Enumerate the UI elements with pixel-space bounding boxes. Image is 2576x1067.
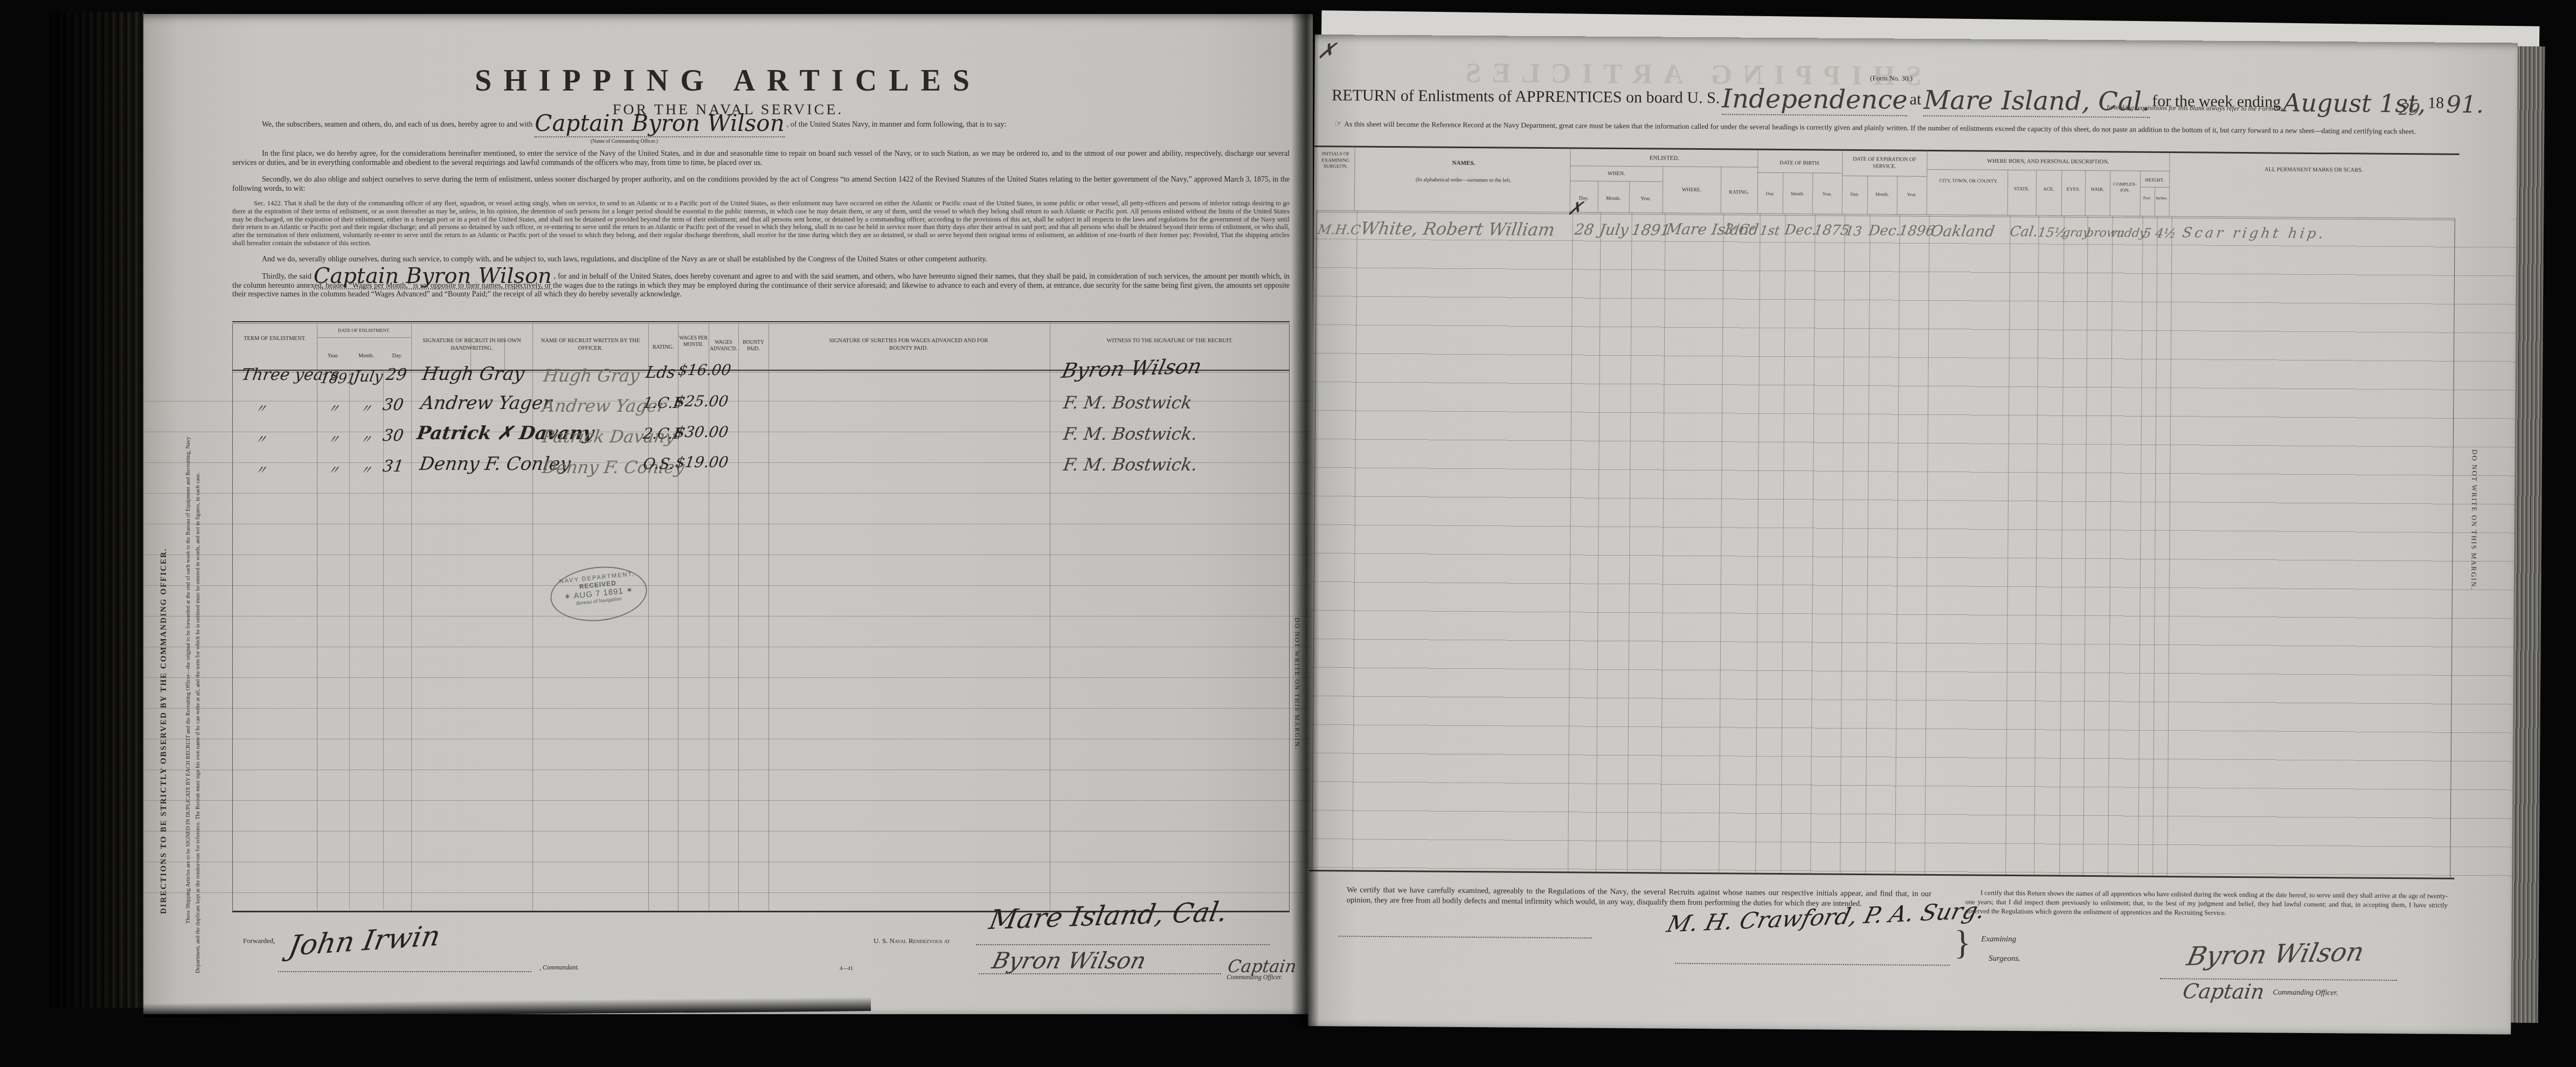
header-where: WHERE. — [1663, 187, 1721, 194]
row-height-inches: 4½ — [2154, 226, 2177, 241]
captain-dotted-line — [979, 973, 1221, 974]
row-exp-month: Dec. — [1867, 223, 1901, 239]
title-week-ending: for the week ending — [2152, 92, 2281, 111]
thirdly-pre-text: Thirdly, the said — [262, 273, 311, 281]
row-witness: F. M. Bostwick — [1062, 392, 1193, 413]
header-year: Year. — [317, 352, 349, 359]
header-marks: ALL PERMANENT MARKS OR SCARS. — [2198, 165, 2429, 175]
row-born-state: Cal. — [2009, 224, 2039, 240]
margin-directions-text1: These Shipping Articles are to be SIGNED… — [185, 924, 196, 930]
table-top-rule — [1314, 145, 2460, 155]
column-divider — [2007, 170, 2009, 216]
right-margin-notice: DO NOT WRITE ON THIS MARGIN. — [2479, 449, 2576, 459]
captain-rank-script: Captain — [2181, 979, 2266, 1003]
intro-pre-text: We, the subscribers, seamen and others, … — [262, 121, 532, 129]
enlisted-underline — [1570, 165, 1758, 167]
header-when: WHEN. — [1570, 170, 1663, 177]
row-witness: F. M. Bostwick. — [1062, 454, 1199, 475]
examining-label: Examining — [1981, 935, 2016, 944]
row-enlisted-month: July — [1598, 221, 1630, 239]
row-enlisted-day: 28 — [1573, 220, 1595, 238]
brace-glyph: } — [1954, 923, 1971, 962]
header-expiration: DATE OF EXPIRATION OF SERVICE. — [1842, 156, 1927, 170]
row-born-city: Oakland — [1929, 222, 1996, 240]
pointing-hand-icon: ☞ — [1335, 119, 1342, 128]
header-enlisted: ENLISTED. — [1570, 154, 1758, 163]
row-witness: F. M. Bostwick. — [1062, 424, 1199, 444]
header-witness: WITNESS TO THE SIGNATURE OF THE RECRUIT. — [1088, 337, 1252, 345]
header-feet: Feet. — [2140, 196, 2155, 201]
week-date-script: August 1st, — [2283, 88, 2426, 119]
row-day: 31 — [382, 457, 405, 476]
header-rating: RATING. — [1721, 189, 1757, 196]
reference-record-note-text: As this sheet will become the Reference … — [1344, 120, 2415, 135]
date-subcolumn-lines-body — [232, 371, 1290, 910]
row-rating: Lds — [645, 363, 676, 382]
forwarded-label: Forwarded, — [243, 937, 275, 945]
row-month: 〃 — [359, 431, 373, 447]
commandant-label: , Commandant. — [539, 964, 579, 972]
row-year: 1891 — [319, 371, 357, 387]
commanding-officer-caption: (Name of Commanding Officer.) — [591, 139, 658, 144]
table-column-lines — [1312, 211, 2455, 878]
row-x-mark: ✗ — [1566, 198, 1584, 219]
margin-directions-line2: Department, and the duplicate kept at th… — [195, 962, 201, 973]
margin-directions-heading: DIRECTIONS TO BE STRICTLY OBSERVED BY TH… — [160, 882, 169, 914]
column-divider — [2155, 187, 2155, 217]
photograph-of-ledger: DIRECTIONS TO BE STRICTLY OBSERVED BY TH… — [0, 0, 2576, 1067]
header-dob-day: Day. — [1757, 191, 1783, 197]
reference-record-note: ☞ As this sheet will become the Referenc… — [1335, 119, 2456, 137]
header-exp-month: Month. — [1867, 191, 1897, 197]
form-print-code: 4—41 — [840, 966, 853, 972]
header-inches: Inches. — [2155, 196, 2169, 201]
form-number: (Form No. 30.) — [1832, 74, 1950, 84]
commandant-signature: John Irwin — [286, 920, 443, 962]
header-when-year: Year. — [1629, 196, 1663, 203]
header-where-born: WHERE BORN, AND PERSONAL DESCRIPTION. — [1927, 157, 2169, 167]
header-term: TERM OF ENLISTMENT. — [236, 335, 314, 343]
header-height: HEIGHT. — [2140, 177, 2169, 184]
row-year: 〃 — [327, 431, 341, 447]
right-page-return-of-apprentices: SHIPPING ARTICLES ✗ (Form No. 30.) In ma… — [1308, 34, 2518, 1035]
return-title-line: RETURN of Enlistments of APPRENTICES on … — [1332, 86, 2490, 113]
header-dob: DATE OF BIRTH. — [1757, 160, 1842, 167]
header-eyes: EYES. — [2061, 186, 2085, 193]
commanding-officer-label: Commanding Officer. — [1227, 973, 1282, 981]
column-divider — [2110, 170, 2111, 216]
header-complexion: COMPLEX-ION. — [2110, 181, 2140, 193]
expiration-underline — [1842, 176, 1927, 177]
header-names-sub: (In alphabetical order—surnames to the l… — [1357, 176, 1570, 185]
column-divider — [2085, 170, 2086, 216]
personal-description-underline — [1927, 169, 2169, 171]
title-printed-lead: RETURN of Enlistments of APPRENTICES on … — [1332, 86, 1720, 107]
intro-post-text: , of the United States Navy, in manner a… — [787, 121, 1007, 129]
row-wages: $30.00 — [674, 423, 730, 441]
table-top-rule-2 — [232, 323, 1290, 324]
column-divider — [2061, 170, 2062, 216]
header-sureties: SIGNATURE OF SURETIES FOR WAGES ADVANCED… — [817, 337, 1000, 352]
commanding-officer-label: Commanding Officer. — [2273, 988, 2338, 997]
table-top-rule — [232, 321, 1290, 322]
page-bottom-shadow — [143, 997, 871, 1017]
row-term: 〃 — [254, 431, 268, 447]
dob-underline — [1757, 172, 1842, 174]
date-group-underline — [317, 337, 411, 338]
row-rating: O.S. — [642, 455, 675, 473]
row-dob-day: 1st — [1758, 223, 1781, 238]
row-day: 30 — [382, 426, 405, 445]
place-dotted-line — [976, 944, 1270, 945]
page-title: SHIPPING ARTICLES — [143, 64, 1313, 98]
row-surgeon-initials: M.H.C — [1317, 222, 1361, 238]
captain-signature: Byron Wilson — [2184, 937, 2367, 972]
row-term: 〃 — [254, 400, 268, 417]
paragraph-thirdly: Thirdly, the said Captain Byron Wilson ,… — [232, 273, 1290, 300]
header-when-month: Month. — [1598, 196, 1629, 203]
ship-name-script: Independence — [1722, 84, 1908, 116]
row-month: 〃 — [359, 400, 373, 417]
header-name-officer: NAME OF RECRUIT WRITTEN BY THE OFFICER. — [538, 337, 643, 352]
header-date-group: DATE OF ENLISTMENT. — [317, 328, 411, 334]
row-month: July — [352, 368, 384, 385]
header-hair: HAIR. — [2085, 186, 2110, 193]
header-city: CITY, TOWN, OR COUNTY. — [1929, 178, 2007, 185]
title-at: at — [1909, 91, 1921, 108]
station-script: Mare Island, Cal. — [1923, 85, 2150, 118]
header-bounty-paid: BOUNTY PAID. — [739, 339, 767, 353]
row-marks: Scar right hip. — [2181, 225, 2327, 242]
row-name: White, Robert William — [1359, 218, 1556, 240]
paragraph-first-place: In the first place, we do hereby agree, … — [232, 150, 1290, 168]
header-dob-month: Month. — [1783, 191, 1812, 197]
header-signature-own: SIGNATURE OF RECRUIT IN HIS OWN HANDWRIT… — [417, 337, 527, 352]
when-underline — [1570, 181, 1663, 182]
header-day: Day. — [383, 352, 411, 359]
surgeon-dotted-line-2 — [1675, 963, 1950, 966]
row-wages: $25.00 — [674, 392, 730, 410]
row-wages: $16.00 — [677, 361, 732, 379]
header-exp-day: Day. — [1842, 191, 1867, 197]
margin-directions-text2: Department, and the duplicate kept at th… — [195, 973, 206, 979]
title-year-script: 91. — [2446, 91, 2484, 119]
row-day: 30 — [382, 396, 405, 414]
row-month: 〃 — [359, 461, 373, 478]
row-exp-day: 13 — [1844, 224, 1863, 239]
surgeon-dotted-line-1 — [1338, 936, 1591, 938]
paragraph-sec-1422: Sec. 1422. That it shall be the duty of … — [232, 199, 1290, 247]
gutter-shadow — [1291, 11, 1319, 1029]
row-signature: Andrew Yager — [419, 392, 553, 414]
row-term: 〃 — [254, 461, 268, 478]
margin-directions-line1: These Shipping Articles are to be SIGNED… — [185, 913, 191, 924]
header-names: NAMES. — [1357, 159, 1570, 168]
do-not-write-margin-text: DO NOT WRITE ON THIS MARGIN. — [2469, 449, 2479, 591]
header-rating: RATING. — [648, 344, 678, 351]
column-divider — [1354, 146, 1355, 211]
header-month: Month. — [349, 352, 383, 359]
row-wages: $19.00 — [674, 453, 730, 471]
header-wages-month: WAGES PER MONTH. — [679, 335, 708, 349]
signature-dotted-line — [278, 971, 531, 972]
left-page-shipping-articles: DIRECTIONS TO BE STRICTLY OBSERVED BY TH… — [143, 14, 1313, 1014]
captain-signature: Byron Wilson — [989, 947, 1149, 974]
intro-paragraph: We, the subscribers, seamen and others, … — [232, 120, 1290, 129]
row-year: 〃 — [327, 461, 341, 478]
header-age: AGE. — [2036, 186, 2061, 192]
row-day: 29 — [385, 365, 408, 384]
book-spine-page-edges — [50, 12, 144, 1008]
header-state: STATE. — [2007, 186, 2036, 192]
row-name-officer: Hugh Gray — [542, 365, 641, 386]
row-witness: Byron Wilson — [1060, 354, 1204, 383]
commanding-officer-signature: Captain Byron Wilson — [535, 110, 784, 137]
header-initials: INITIALS OF EXAMINING SURGEON. — [1318, 151, 1353, 170]
title-year-printed: 18 — [2428, 94, 2444, 112]
height-underline — [2140, 187, 2169, 188]
header-wages-advanced: WAGES ADVANC'D. — [710, 339, 737, 353]
row-year: 〃 — [327, 400, 341, 417]
captain-certificate-text: I certify that this Return shows the nam… — [1965, 888, 2448, 919]
header-exp-year: Year. — [1897, 192, 1927, 198]
surgeons-label: Surgeons. — [1989, 954, 2020, 964]
paragraph-secondly: Secondly, we do also oblige and subject … — [232, 176, 1290, 193]
row-signature: Hugh Gray — [421, 363, 526, 385]
header-dob-year: Year. — [1812, 191, 1842, 197]
column-divider — [2036, 170, 2037, 216]
rendezvous-label: U. S. Naval Rendezvous at — [874, 937, 950, 945]
row-rating: 3ᵈCᵃ — [1723, 221, 1756, 238]
